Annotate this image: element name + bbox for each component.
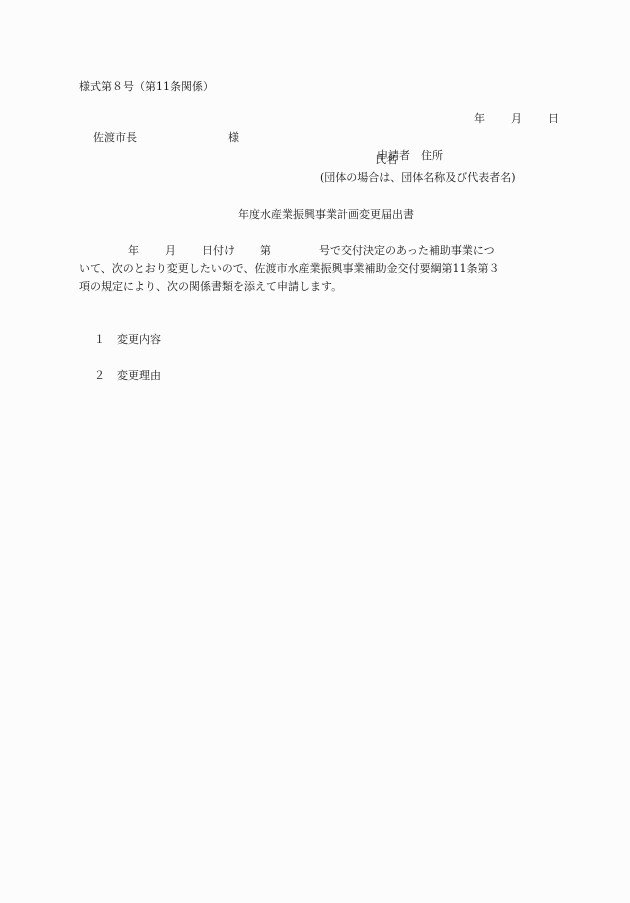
date-day-label: 日	[548, 112, 559, 125]
addressee-honorific: 様	[228, 131, 239, 144]
date-year-label: 年	[474, 112, 485, 125]
body-line-1: 年月日付け第号で交付決定のあった補助事業につ	[79, 242, 547, 260]
applicant-name-label: 氏名	[375, 153, 397, 167]
item-change-reason: ２変更理由	[80, 355, 161, 397]
date-month-label: 月	[511, 112, 522, 125]
form-label: 様式第８号（第11条関係）	[79, 80, 214, 94]
body-year: 年	[128, 244, 139, 257]
body-line1-rest: 号で交付決定のあった補助事業につ	[319, 244, 495, 257]
body-line-3: 項の規定により、次の関係書類を添えて申請します。	[79, 278, 547, 296]
body-dai: 第	[260, 244, 271, 257]
item-number: ２	[94, 369, 105, 382]
document-title: 年度水産業振興事業計画変更届出書	[0, 208, 630, 222]
body-paragraph: 年月日付け第号で交付決定のあった補助事業につ いて、次のとおり変更したいので、佐…	[79, 242, 547, 296]
body-day-suffix: 日付け	[202, 244, 235, 257]
date-line: 年月日	[460, 98, 559, 140]
item-number: １	[94, 333, 105, 346]
addressee-name: 佐渡市長	[93, 131, 137, 144]
body-line-2: いて、次のとおり変更したいので、佐渡市水産業振興事業補助金交付要綱第11条第３	[79, 260, 547, 278]
item-label: 変更内容	[117, 333, 161, 346]
addressee-line: 佐渡市長様	[79, 117, 239, 159]
applicant-group-note: (団体の場合は、団体名称及び代表者名)	[320, 171, 516, 185]
item-label: 変更理由	[117, 369, 161, 382]
body-month: 月	[165, 244, 176, 257]
applicant-address-label: 住所	[421, 149, 443, 162]
